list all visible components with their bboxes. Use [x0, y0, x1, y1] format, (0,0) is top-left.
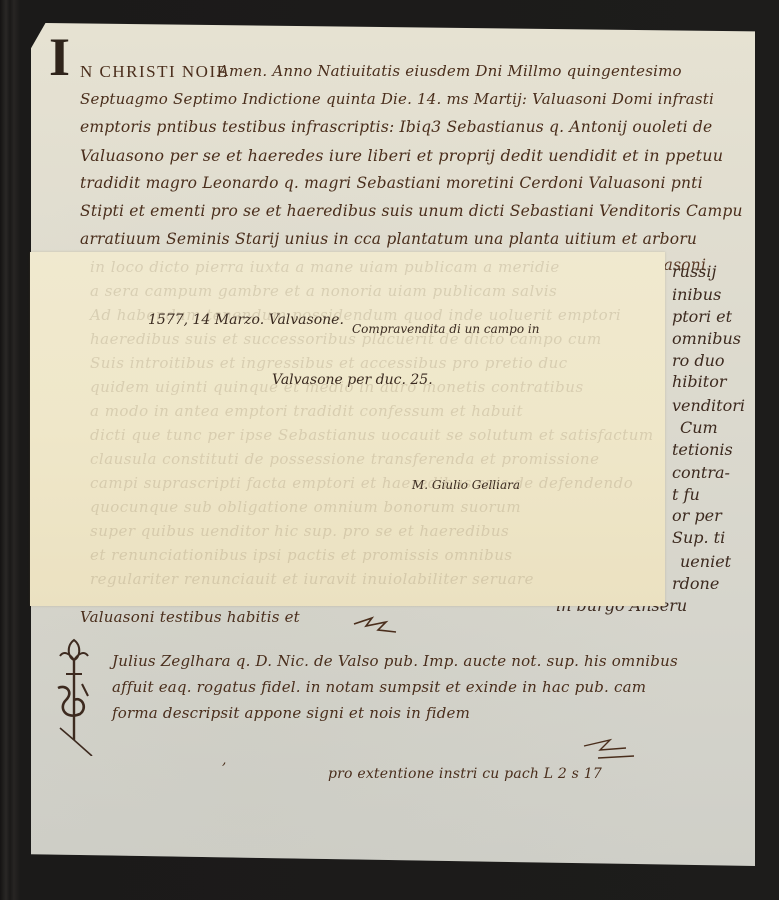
margin-fragment: ptori et [672, 307, 732, 326]
margin-fragment: venditori [672, 396, 745, 415]
fee-note: pro extentione instri cu pach L 2 s 17 [328, 766, 602, 782]
margin-fragment: ueniet [680, 552, 731, 571]
decorated-initial: I [49, 30, 70, 84]
subscription-line-1: Julius Zeglhara q. D. Nic. de Valso pub.… [112, 652, 678, 670]
flourish-icon [580, 736, 640, 764]
text-line-5: tradidit magro Leonardo q. magri Sebasti… [80, 174, 703, 192]
margin-fragment: contra- [672, 463, 730, 482]
incipit: N CHRISTI NOIE [80, 62, 229, 82]
margin-fragment: inibus [672, 285, 721, 304]
margin-fragment: russij [672, 262, 716, 281]
notary-signum-icon [52, 636, 96, 756]
witness-line: Valuasoni testibus habitis et [80, 608, 300, 626]
text-line-6: Stipti et ementi pro se et haeredibus su… [80, 202, 743, 220]
margin-fragment: hibitor [672, 372, 727, 391]
text-line-1: Amen. Anno Natiuitatis eiusdem Dni Millm… [218, 62, 682, 80]
mark-comma: , [222, 752, 227, 768]
text-line-7: arratiuum Seminis Starij unius in cca pl… [80, 230, 697, 248]
text-line-3: emptoris pntibus testibus infrascriptis:… [80, 118, 712, 136]
slip-price: Valvasone per duc. 25. [272, 372, 433, 388]
margin-fragment: t fu [672, 485, 700, 504]
subscription-line-2: affuit eaq. rogatus fidel. in notam sump… [112, 678, 646, 696]
slip-description: Compravendita di un campo in [352, 322, 539, 336]
margin-fragment: ro duo [672, 351, 725, 370]
document-scan: I N CHRISTI NOIE Amen. Anno Natiuitatis … [0, 0, 779, 900]
flourish-icon [352, 612, 402, 636]
margin-fragment: Cum [680, 418, 718, 437]
text-line-2: Septuagmo Septimo Indictione quinta Die.… [80, 90, 714, 108]
margin-fragment: omnibus [672, 329, 741, 348]
subscription-line-3: forma descripsit appone signi et nois in… [112, 704, 470, 722]
margin-fragment: Sup. ti [672, 528, 725, 547]
slip-date-place: 1577, 14 Marzo. Valvasone. [148, 312, 344, 328]
margin-fragment: rdone [672, 574, 719, 593]
margin-fragment: or per [672, 506, 722, 525]
margin-fragment: tetionis [672, 440, 733, 459]
slip-signature: M. Giulio Gelliara [412, 478, 520, 492]
archival-slip: in loco dicto pierra iuxta a mane uiam p… [30, 252, 665, 606]
text-line-4: Valuasono per se et haeredes iure liberi… [80, 146, 723, 165]
